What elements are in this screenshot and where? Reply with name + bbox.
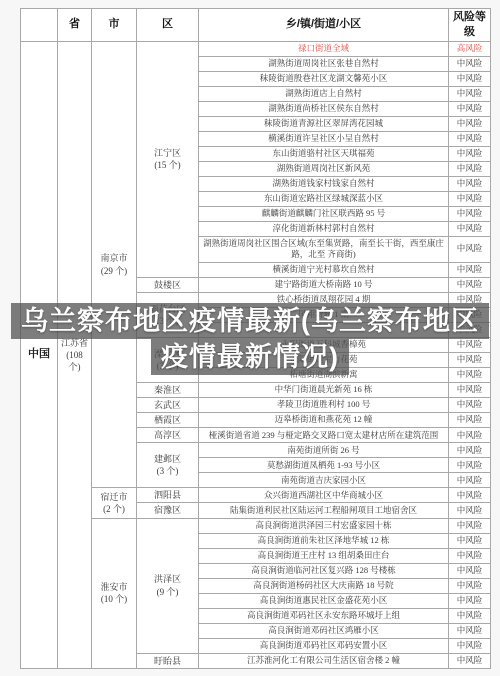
district-cell: 秦淮区	[137, 382, 199, 397]
risk-level-cell: 中风险	[449, 443, 491, 458]
header-country	[21, 9, 58, 42]
risk-level-cell: 中风险	[449, 352, 491, 367]
risk-level-cell: 高风险	[449, 41, 491, 56]
risk-level-cell: 中风险	[449, 236, 491, 262]
city-cell: 淮安市 (10 个)	[92, 518, 137, 668]
community-cell: 众兴街道西湖社区中华商城小区	[199, 488, 449, 503]
risk-level-cell: 中风险	[449, 413, 491, 428]
community-cell: 南苑街道所街 26 号	[199, 443, 449, 458]
header-city: 市	[92, 9, 137, 42]
community-cell: 秣陵街道青源社区翠屏湾花园城	[199, 116, 449, 131]
district-cell: 江宁区 (15 个)	[137, 41, 199, 277]
risk-level-cell: 中风险	[449, 548, 491, 563]
community-cell: 高良涧街道王庄村 13 组胡桑田庄台	[199, 548, 449, 563]
community-cell: 湖熟街道周岗社区围合区域(东至集贤路，南至长干街，西至康庄路，北至 齐商街)	[199, 236, 449, 262]
community-cell: 高良涧街道惠民社区金盛花苑小区	[199, 593, 449, 608]
community-cell: 南苑街道吉庆家园小区	[199, 473, 449, 488]
community-cell: 麒麟街道麒麟门社区联西路 95 号	[199, 206, 449, 221]
community-cell: 高良涧街道邓码社区永安东路环城圩上组	[199, 608, 449, 623]
risk-level-cell: 中风险	[449, 653, 491, 668]
risk-level-cell: 中风险	[449, 322, 491, 337]
community-cell: 横溪街道宁光村慕坎自然村	[199, 262, 449, 277]
community-cell: 高良涧街道杨码社区大庆南路 18 号院	[199, 578, 449, 593]
risk-level-cell: 中风险	[449, 397, 491, 412]
community-cell: 陆集街道利民社区陆运河工程船闸项目工地宿舍区	[199, 503, 449, 518]
community-cell	[199, 322, 449, 337]
community-cell: 秣陵街道殷巷社区龙湖文馨苑小区	[199, 71, 449, 86]
country-cell: 中国	[21, 41, 58, 668]
risk-table-container: 省 市 区 乡/镇/街道/小区 风险等级 中国江苏省 (108 个)南京市 (2…	[20, 8, 491, 669]
risk-level-cell: 中风险	[449, 563, 491, 578]
risk-level-cell: 中风险	[449, 623, 491, 638]
table-row: 宿迁市 (2 个)泗阳县众兴街道西湖社区中华商城小区中风险	[21, 488, 491, 503]
risk-level-cell: 中风险	[449, 533, 491, 548]
community-cell: 禄口街道全域	[199, 41, 449, 56]
community-cell: 柘塘街道湖滨新寓	[199, 367, 449, 382]
community-cell: 迈皋桥街道和燕花苑 12 幢	[199, 413, 449, 428]
community-cell: 孝陵卫街道胜利村 100 号	[199, 397, 449, 412]
risk-level-cell: 中风险	[449, 307, 491, 322]
risk-level-cell: 中风险	[449, 161, 491, 176]
district-cell: 宿豫区	[137, 503, 199, 518]
community-cell: 横溪街道许呈社区小呈自然村	[199, 131, 449, 146]
table-row: 中国江苏省 (108 个)南京市 (29 个)江宁区 (15 个)禄口街道全域高…	[21, 41, 491, 56]
risk-level-cell: 中风险	[449, 262, 491, 277]
risk-level-cell: 中风险	[449, 191, 491, 206]
community-cell: 凤翔新城 1 期	[199, 307, 449, 322]
risk-table-body: 中国江苏省 (108 个)南京市 (29 个)江宁区 (15 个)禄口街道全域高…	[21, 41, 491, 668]
community-cell: 高良涧街道邓码社区邓码安置小区	[199, 638, 449, 653]
community-cell: 东山街道骆村社区天琪福苑	[199, 146, 449, 161]
risk-level-cell: 中风险	[449, 131, 491, 146]
risk-level-cell: 中风险	[449, 86, 491, 101]
community-cell: 永阳街道宝力花苑	[199, 352, 449, 367]
table-header-row: 省 市 区 乡/镇/街道/小区 风险等级	[21, 9, 491, 42]
risk-level-cell: 中风险	[449, 277, 491, 292]
risk-level-cell: 中风险	[449, 337, 491, 352]
community-cell: 高良涧街道前朱社区泽地华城 12 栋	[199, 533, 449, 548]
risk-level-cell: 中风险	[449, 71, 491, 86]
risk-level-cell: 中风险	[449, 503, 491, 518]
risk-level-cell: 中风险	[449, 146, 491, 161]
community-cell: 湖熟街道钱家村钱家自然村	[199, 176, 449, 191]
risk-area-table: 省 市 区 乡/镇/街道/小区 风险等级 中国江苏省 (108 个)南京市 (2…	[20, 8, 491, 669]
community-cell: 莫愁湖街道凤栖苑 1-93 号小区	[199, 458, 449, 473]
district-cell: 玄武区	[137, 397, 199, 412]
risk-level-cell: 中风险	[449, 206, 491, 221]
risk-level-cell: 中风险	[449, 56, 491, 71]
community-cell: 江苏淮河化工有限公司生活区宿舍楼 2 幢	[199, 653, 449, 668]
header-province: 省	[58, 9, 92, 42]
risk-level-cell: 中风险	[449, 367, 491, 382]
community-cell: 中华门街道晨光新苑 16 栋	[199, 382, 449, 397]
risk-level-cell: 中风险	[449, 593, 491, 608]
district-cell: 建邺区 (3 个)	[137, 443, 199, 488]
district-cell: 高淳区	[137, 428, 199, 443]
district-cell: 盱眙县	[137, 653, 199, 668]
community-cell: 桠溪街道省道 239 与桠定路交叉路口宽太建材店所在建筑范围	[199, 428, 449, 443]
district-cell: 洪泽区 (9 个)	[137, 518, 199, 653]
community-cell: 建宁路街道大桥南路 10 号	[199, 277, 449, 292]
risk-level-cell: 中风险	[449, 473, 491, 488]
community-cell: 湖熟街道周岗社区张巷自然村	[199, 56, 449, 71]
risk-level-cell: 中风险	[449, 458, 491, 473]
district-cell: 雨花台区 (3 个)	[137, 292, 199, 337]
community-cell: 湖熟街道店上自然村	[199, 86, 449, 101]
community-cell: 湖熟街道尚桥社区侯东自然村	[199, 101, 449, 116]
risk-level-cell: 中风险	[449, 488, 491, 503]
risk-level-cell: 中风险	[449, 176, 491, 191]
header-district: 区	[137, 9, 199, 42]
community-cell: 高良涧街道邓码社区鸿雁小区	[199, 623, 449, 638]
community-cell: 湖熟街道周岗社区新风苑	[199, 161, 449, 176]
risk-level-cell: 中风险	[449, 638, 491, 653]
district-cell: 栖霞区	[137, 413, 199, 428]
risk-level-cell: 中风险	[449, 518, 491, 533]
community-cell: 高良涧街道临河社区复兴路 128 号楼栋	[199, 563, 449, 578]
risk-level-cell: 中风险	[449, 608, 491, 623]
community-cell: 永阳街道万科城香樟苑	[199, 337, 449, 352]
risk-level-cell: 中风险	[449, 221, 491, 236]
header-community: 乡/镇/街道/小区	[199, 9, 449, 42]
community-cell: 东山街道宏路社区绿城深蓝小区	[199, 191, 449, 206]
risk-area-table-page: 省 市 区 乡/镇/街道/小区 风险等级 中国江苏省 (108 个)南京市 (2…	[0, 0, 500, 676]
header-risk-level: 风险等级	[449, 9, 491, 42]
risk-level-cell: 中风险	[449, 292, 491, 307]
risk-level-cell: 中风险	[449, 101, 491, 116]
risk-level-cell: 中风险	[449, 428, 491, 443]
city-cell: 南京市 (29 个)	[92, 41, 137, 488]
community-cell: 淳化街道新林村郭村自然村	[199, 221, 449, 236]
district-cell: 溧水区 (3 个)	[137, 337, 199, 382]
city-cell: 宿迁市 (2 个)	[92, 488, 137, 518]
district-cell: 鼓楼区	[137, 277, 199, 292]
district-cell: 泗阳县	[137, 488, 199, 503]
table-row: 淮安市 (10 个)洪泽区 (9 个)高良涧街道洪泽园三村宏盛家园十栋中风险	[21, 518, 491, 533]
risk-level-cell: 中风险	[449, 578, 491, 593]
province-cell: 江苏省 (108 个)	[58, 41, 92, 668]
risk-level-cell: 中风险	[449, 116, 491, 131]
risk-level-cell: 中风险	[449, 382, 491, 397]
community-cell: 铁心桥街道凤翔花园 4 期	[199, 292, 449, 307]
community-cell: 高良涧街道洪泽园三村宏盛家园十栋	[199, 518, 449, 533]
